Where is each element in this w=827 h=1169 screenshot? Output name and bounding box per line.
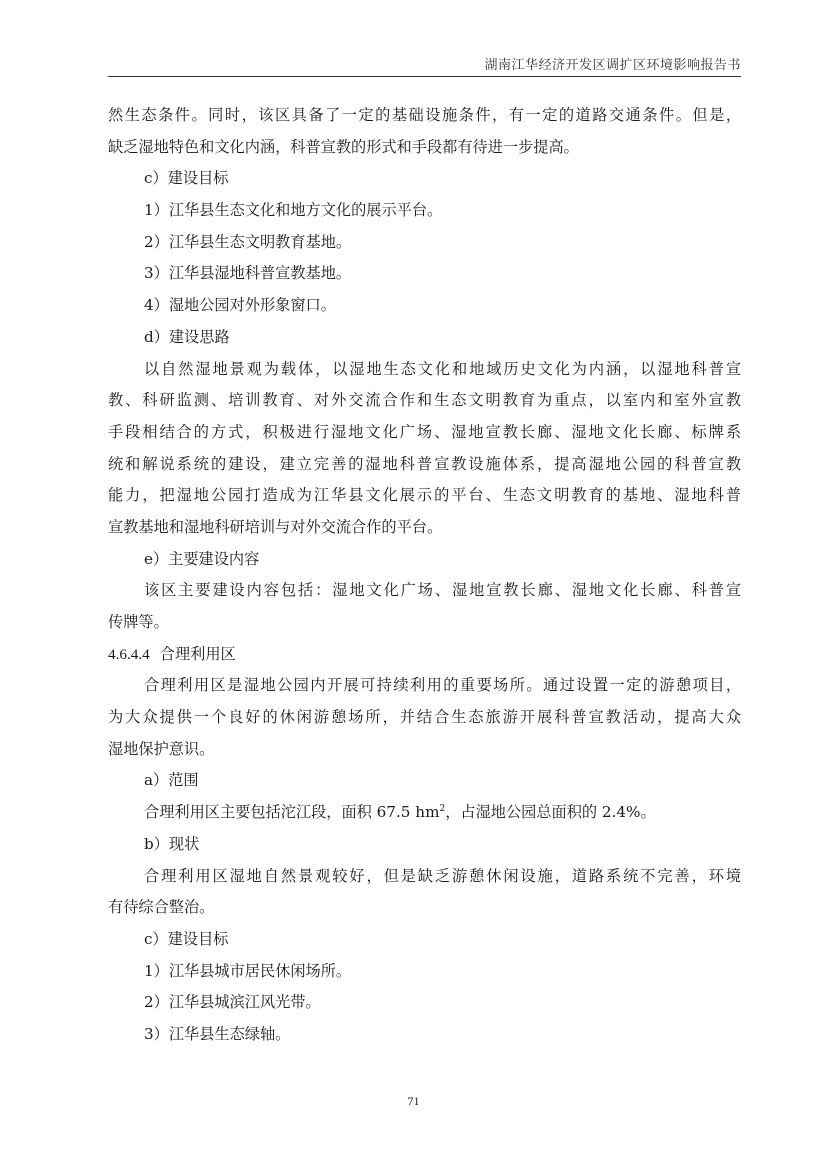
list-item: 2）江华县城滨江风光带。 [108,987,741,1019]
list-item: 4）湿地公园对外形象窗口。 [108,290,741,322]
paragraph-line: 手段相结合的方式，积极进行湿地文化广场、湿地宣教长廊、湿地文化长廊、标牌系 [108,417,741,449]
paragraph-line: 缺乏湿地特色和文化内涵，科普宣教的形式和手段都有待进一步提高。 [108,132,741,164]
paragraph-line: 为大众提供一个良好的休闲游憩场所，并结合生态旅游开展科普宣教活动，提高大众 [108,702,741,734]
paragraph-line: 能力，把湿地公园打造成为江华县文化展示的平台、生态文明教育的基地、湿地科普 [108,480,741,512]
area-line: 合理利用区主要包括沱江段，面积 67.5 hm2，占湿地公园总面积的 2.4%。 [108,797,741,829]
list-item: 1）江华县生态文化和地方文化的展示平台。 [108,195,741,227]
paragraph-line: 以自然湿地景观为载体，以湿地生态文化和地域历史文化为内涵，以湿地科普宣 [108,354,741,386]
page-number: 71 [0,1094,827,1109]
list-item: 3）江华县湿地科普宣教基地。 [108,258,741,290]
paragraph-line: 传牌等。 [108,607,741,639]
paragraph-line: 合理利用区是湿地公园内开展可持续利用的重要场所。通过设置一定的游憩项目， [108,670,741,702]
paragraph-line: 该区主要建设内容包括：湿地文化广场、湿地宣教长廊、湿地文化长廊、科普宣 [108,575,741,607]
paragraph-line: 湿地保护意识。 [108,734,741,766]
document-title: 湖南江华经济开发区调扩区环境影响报告书 [484,54,741,73]
page-header: 湖南江华经济开发区调扩区环境影响报告书 [108,54,741,77]
section-number: 4.6.4.4 [108,639,150,671]
list-item: 2）江华县生态文明教育基地。 [108,227,741,259]
subheading-b-status: b）现状 [108,829,741,861]
paragraph-line: 宣教基地和湿地科研培训与对外交流合作的平台。 [108,512,741,544]
paragraph-line: 统和解说系统的建设，建立完善的湿地科普宣教设施体系，提高湿地公园的科普宣教 [108,449,741,481]
section-heading: 4.6.4.4合理利用区 [108,639,741,671]
paragraph-line: 然生态条件。同时，该区具备了一定的基础设施条件，有一定的道路交通条件。但是， [108,100,741,132]
subheading-c-goals-2: c）建设目标 [108,924,741,956]
subheading-d-approach: d）建设思路 [108,322,741,354]
paragraph-line: 有待综合整治。 [108,892,741,924]
paragraph-line: 教、科研监测、培训教育、对外交流合作和生态文明教育为重点，以室内和室外宣教 [108,385,741,417]
list-item: 3）江华县生态绿轴。 [108,1019,741,1051]
subheading-e-content: e）主要建设内容 [108,544,741,576]
paragraph-line: 合理利用区湿地自然景观较好，但是缺乏游憩休闲设施，道路系统不完善，环境 [108,861,741,893]
subheading-c-goals: c）建设目标 [108,163,741,195]
page-body: 然生态条件。同时，该区具备了一定的基础设施条件，有一定的道路交通条件。但是， 缺… [108,100,741,1051]
list-item: 1）江华县城市居民休闲场所。 [108,956,741,988]
section-title: 合理利用区 [160,645,236,663]
subheading-a-scope: a）范围 [108,765,741,797]
area-text-suffix: ，占湿地公园总面积的 2.4%。 [445,803,655,821]
area-text-prefix: 合理利用区主要包括沱江段，面积 67.5 hm [144,803,439,821]
